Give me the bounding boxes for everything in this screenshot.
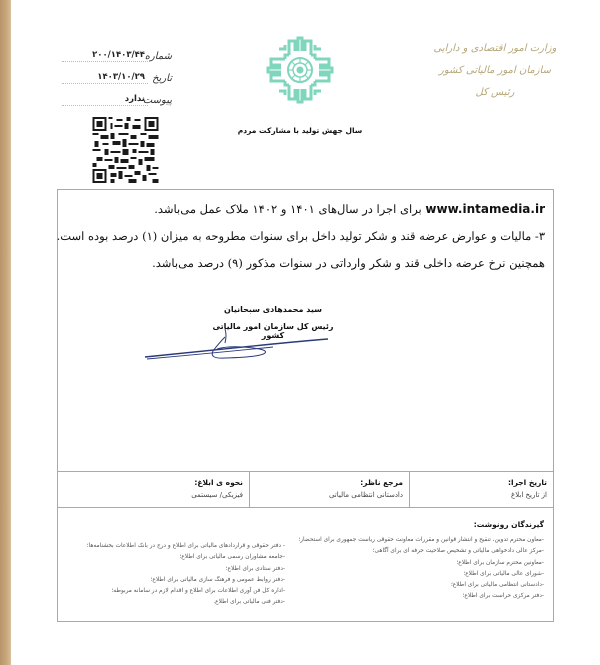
cc-item: -دفتر فنی مالیاتی برای اطلاع. xyxy=(55,597,285,608)
letter-date-value: ۱۴۰۳/۱۰/۲۹ xyxy=(97,71,145,83)
letter-number-label: شماره xyxy=(148,51,172,62)
letter-body-box: www.intamedia.ir برای اجرا در سال‌های ۱۴… xyxy=(57,189,554,622)
ministry-line-2: سازمان امور مالیاتی کشور xyxy=(430,60,560,82)
signature-block: سید محمدهادی سبحانیان رئیس کل سازمان امو… xyxy=(143,305,343,340)
notification-method-label: نحوه ی ابلاغ: xyxy=(64,477,243,489)
letter-date-row: تاریخ ۱۴۰۳/۱۰/۲۹ xyxy=(62,62,172,84)
letter-body: www.intamedia.ir برای اجرا در سال‌های ۱۴… xyxy=(65,198,545,279)
letter-meta: شماره ۲۰۰/۱۴۰۳/۴۴ تاریخ ۱۴۰۳/۱۰/۲۹ پیوست… xyxy=(62,40,172,106)
cc-title: گیرندگان رونوشت: xyxy=(474,520,544,529)
execution-date-value: از تاریخ ابلاغ xyxy=(416,489,547,501)
letter-number-row: شماره ۲۰۰/۱۴۰۳/۴۴ xyxy=(62,40,172,62)
letter-attachment-row: پیوست ندارد xyxy=(62,84,172,106)
cc-item: -جامعه مشاوران رسمی مالیاتی برای اطلاع؛ xyxy=(55,552,285,563)
notification-method-value: فیزیکی/ سیستمی xyxy=(64,489,243,501)
handwritten-signature-icon xyxy=(143,325,343,365)
cc-item: -دادستانی انتظامی مالیاتی برای اطلاع؛ xyxy=(294,580,544,591)
cc-item: -معاونین محترم سازمان برای اطلاع؛ xyxy=(294,558,544,569)
cc-item: -اداره کل فن آوری اطلاعات برای اطلاع و ا… xyxy=(55,586,285,597)
signer-name: سید محمدهادی سبحانیان xyxy=(203,305,343,314)
body-line-3: همچنین نرخ عرضه داخلی قند و شکر وارداتی … xyxy=(65,252,545,279)
execution-info-table: تاریخ اجرا: از تاریخ ابلاغ مرجع ناظر: دا… xyxy=(58,471,553,508)
cc-item: -دفتر ستادی برای اطلاع؛ xyxy=(55,564,285,575)
body-line-1: www.intamedia.ir برای اجرا در سال‌های ۱۴… xyxy=(65,198,545,225)
cc-item: -شورای عالی مالیاتی برای اطلاع؛ xyxy=(294,569,544,580)
supervisor-cell: مرجع ناظر: دادستانی انتظامی مالیاتی xyxy=(250,472,410,507)
body-line-1-text: برای اجرا در سال‌های ۱۴۰۱ و ۱۴۰۲ ملاک عم… xyxy=(154,202,422,216)
letter-number-value: ۲۰۰/۱۴۰۳/۴۴ xyxy=(92,49,145,61)
cc-item: -مرکز عالی دادخواهی مالیاتی و تشخیص صلاح… xyxy=(294,546,544,557)
supervisor-value: دادستانی انتظامی مالیاتی xyxy=(256,489,403,501)
qr-code-icon xyxy=(92,117,159,183)
cc-item: - دفتر حقوقی و قراردادهای مالیاتی برای ا… xyxy=(55,541,285,552)
execution-date-cell: تاریخ اجرا: از تاریخ ابلاغ xyxy=(410,472,553,507)
execution-date-label: تاریخ اجرا: xyxy=(416,477,547,489)
intamedia-link[interactable]: www.intamedia.ir xyxy=(425,202,545,216)
letter-attachment-value: ندارد xyxy=(125,93,145,105)
page-edge-stripe xyxy=(0,0,11,665)
letter-date-label: تاریخ xyxy=(148,73,172,84)
cc-left-column: - دفتر حقوقی و قراردادهای مالیاتی برای ا… xyxy=(55,541,285,609)
letter-attachment-label: پیوست xyxy=(148,95,172,106)
cc-item: -معاون محترم تدوین، تنقیح و انتشار قوانی… xyxy=(294,535,544,546)
ministry-header: وزارت امور اقتصادی و دارایی سازمان امور … xyxy=(430,38,560,104)
body-line-2: ۳- مالیات و عوارض عرضه قند و شکر تولید د… xyxy=(65,225,545,252)
year-slogan: سال جهش تولید با مشارکت مردم xyxy=(200,126,400,135)
cc-right-column: -معاون محترم تدوین، تنقیح و انتشار قوانی… xyxy=(294,535,544,603)
tax-organization-logo-icon xyxy=(265,35,335,105)
cc-item: -دفتر مرکزی حراست برای اطلاع؛ xyxy=(294,591,544,602)
notification-method-cell: نحوه ی ابلاغ: فیزیکی/ سیستمی xyxy=(58,472,250,507)
ministry-line-3: رئیس کل xyxy=(430,82,560,104)
cc-item: -دفتر روابط عمومی و فرهنگ سازی مالیاتی ب… xyxy=(55,575,285,586)
ministry-line-1: وزارت امور اقتصادی و دارایی xyxy=(430,38,560,60)
supervisor-label: مرجع ناظر: xyxy=(256,477,403,489)
